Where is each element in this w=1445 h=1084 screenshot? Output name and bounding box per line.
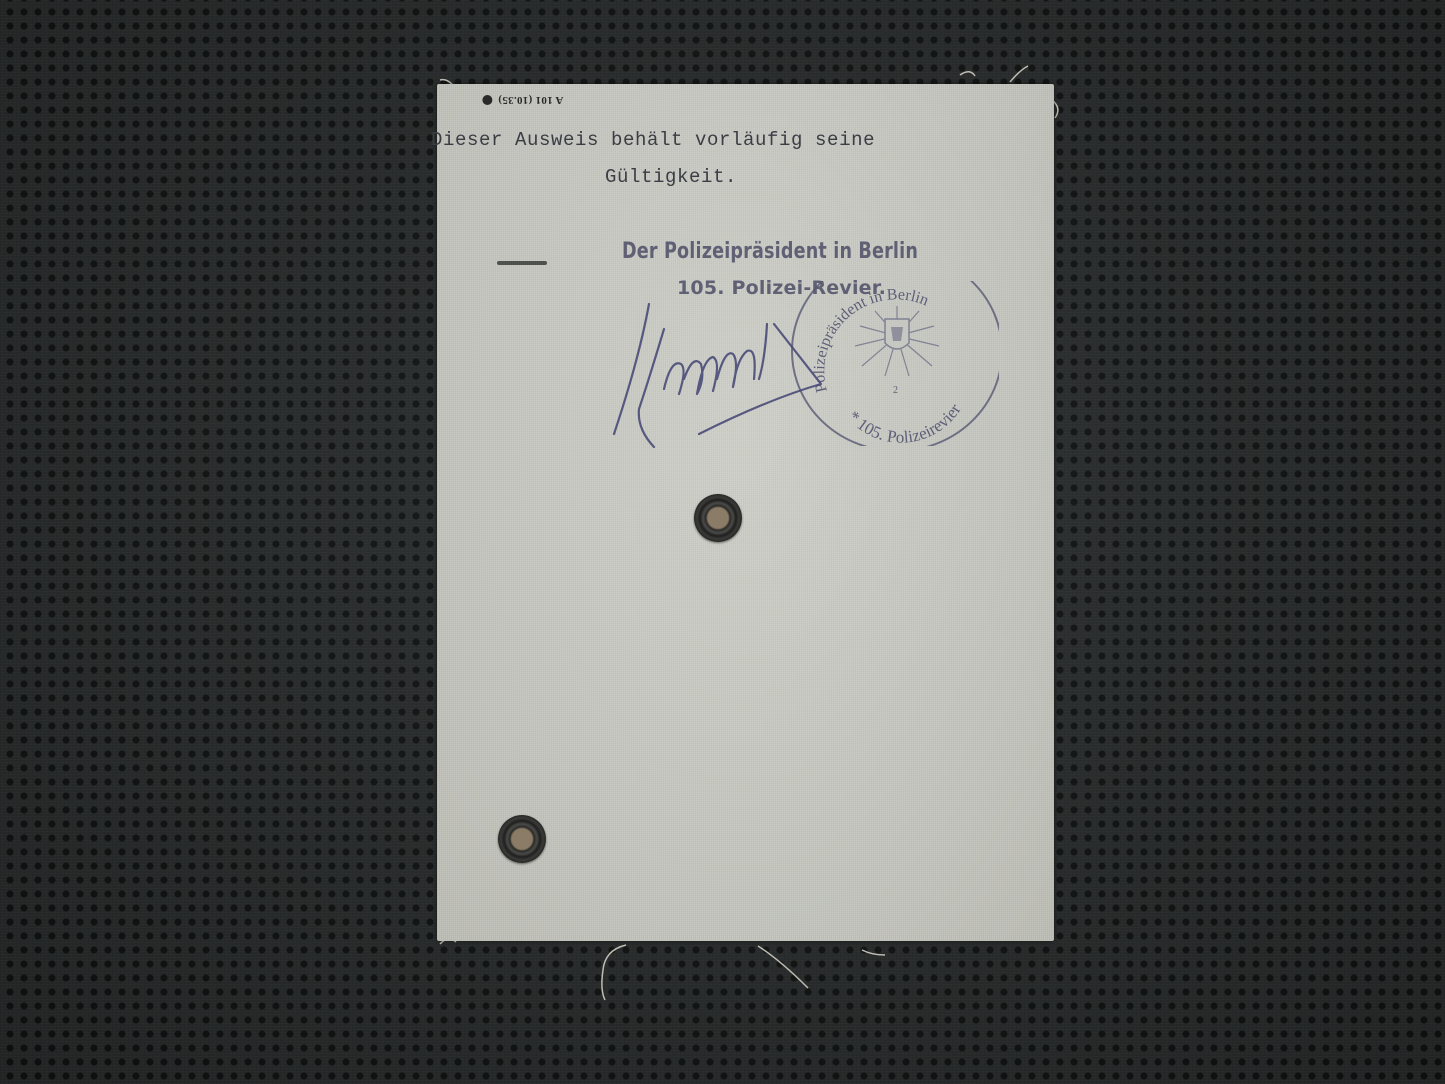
svg-text:2: 2 bbox=[893, 385, 898, 396]
police-star-icon bbox=[855, 306, 939, 376]
id-card-back: A 101 (10.35) Dieser Ausweis behält vorl… bbox=[437, 84, 1054, 941]
metal-eyelet-icon bbox=[694, 494, 742, 542]
signature-icon bbox=[609, 299, 829, 459]
metal-eyelet-icon bbox=[498, 815, 546, 863]
stamp-authority-line: Der Polizeipräsident in Berlin bbox=[622, 239, 918, 264]
typed-text-line-1: Dieser Ausweis behält vorläufig seine bbox=[431, 129, 875, 151]
stamp-precinct-line: 105. Polizei-Revier. bbox=[677, 277, 886, 299]
printer-logo-icon bbox=[482, 95, 492, 105]
ink-dash-mark bbox=[497, 261, 547, 265]
form-code: A 101 (10.35) bbox=[482, 94, 563, 106]
form-code-text: A 101 (10.35) bbox=[498, 94, 563, 106]
typed-text-line-2: Gültigkeit. bbox=[605, 166, 737, 188]
